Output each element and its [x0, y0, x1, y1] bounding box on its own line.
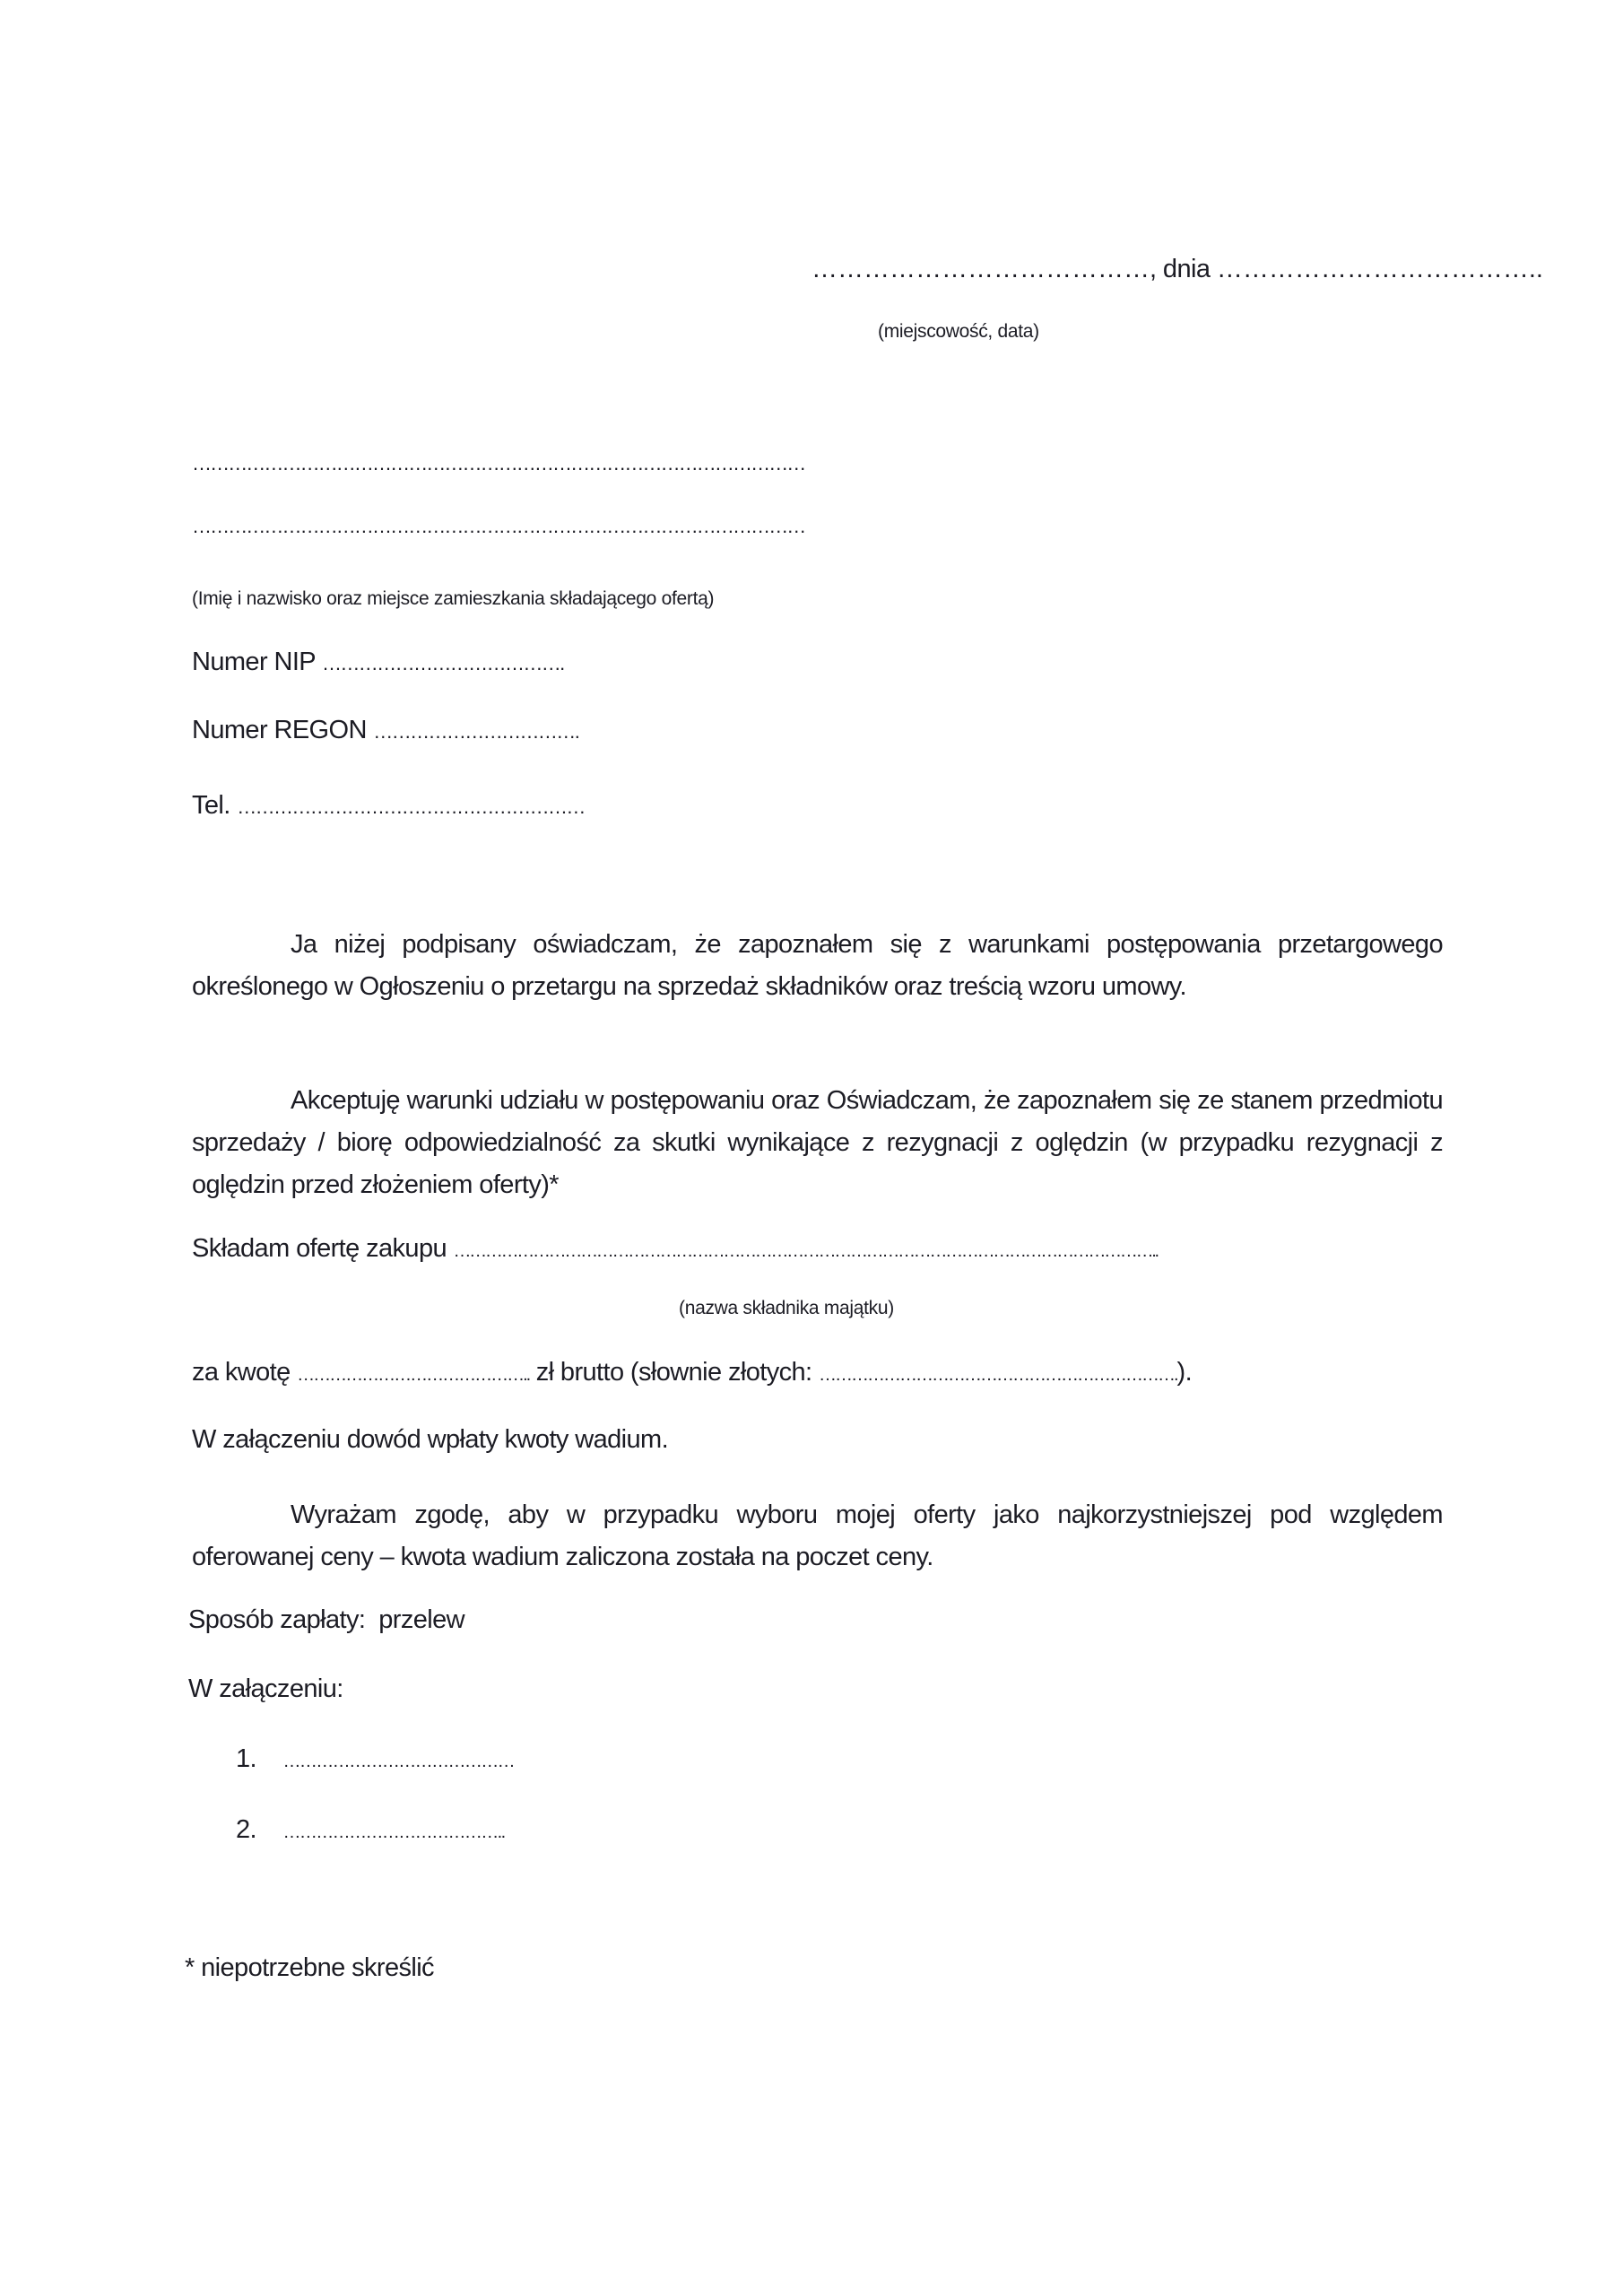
applicant-name-field-1[interactable]: …………………………………………………………………………………………	[192, 452, 804, 475]
attachment-field[interactable]: ……………………………………	[282, 1752, 514, 1771]
attachment-field[interactable]: …………………………………..	[282, 1822, 504, 1842]
applicant-name-caption: (Imię i nazwisko oraz miejsce zamieszkan…	[192, 588, 714, 610]
attachment-item: 2. …………………………………..	[236, 1815, 505, 1845]
nip-label: Numer NIP	[192, 648, 316, 676]
offer-row: Składam ofertę zakupu …………………………………………………	[192, 1234, 1158, 1264]
consent-text: Wyrażam zgodę, aby w przypadku wyboru mo…	[192, 1500, 1443, 1571]
amount-row: za kwotę …………………………………….. zł brutto (sło…	[192, 1358, 1192, 1387]
acceptance-text: Akceptuję warunki udziału w postępowaniu…	[192, 1086, 1443, 1199]
place-date-line: …………………………………, dnia ………………………………..	[811, 255, 1543, 284]
amount-close: ).	[1177, 1358, 1193, 1387]
deposit-note: W załączeniu dowód wpłaty kwoty wadium.	[192, 1425, 668, 1455]
amount-currency-label: zł brutto (słownie złotych:	[536, 1358, 812, 1387]
acceptance-paragraph: Akceptuję warunki udziału w postępowaniu…	[192, 1080, 1443, 1206]
declaration-paragraph: Ja niżej podpisany oświadczam, że zapozn…	[192, 924, 1443, 1008]
dnia-label: , dnia	[1150, 255, 1210, 283]
regon-row: Numer REGON …………………………….	[192, 716, 578, 745]
declaration-text: Ja niżej podpisany oświadczam, że zapozn…	[192, 930, 1443, 1001]
payment-method: Sposób zapłaty: przelew	[188, 1605, 464, 1635]
nip-field[interactable]: ………………………………….	[322, 652, 564, 674]
amount-words-field[interactable]: ………………………………………………………….	[819, 1365, 1177, 1385]
regon-label: Numer REGON	[192, 716, 367, 744]
attachment-item: 1. ……………………………………	[236, 1744, 514, 1774]
offer-label: Składam ofertę zakupu	[192, 1234, 447, 1263]
attachment-number: 1.	[236, 1744, 256, 1773]
tel-field[interactable]: …………………………………………………	[237, 796, 585, 818]
place-date-caption: (miejscowość, data)	[878, 321, 1039, 343]
consent-paragraph: Wyrażam zgodę, aby w przypadku wyboru mo…	[192, 1494, 1443, 1578]
footnote: * niepotrzebne skreślić	[185, 1953, 434, 1983]
date-field[interactable]: ………………………………..	[1217, 255, 1543, 283]
offer-caption: (nazwa składnika majątku)	[679, 1298, 894, 1319]
amount-label: za kwotę	[192, 1358, 291, 1387]
amount-field[interactable]: ……………………………………..	[297, 1365, 529, 1385]
tel-row: Tel. …………………………………………………	[192, 791, 585, 821]
applicant-name-field-2[interactable]: …………………………………………………………………………………………	[192, 515, 804, 538]
place-field[interactable]: …………………………………	[811, 255, 1150, 283]
regon-field[interactable]: …………………………….	[373, 720, 578, 743]
attachment-number: 2.	[236, 1815, 256, 1844]
nip-row: Numer NIP ………………………………….	[192, 648, 564, 677]
offer-asset-field[interactable]: ……………………………………………………………………………………………………………	[453, 1241, 1157, 1261]
attachments-label: W załączeniu:	[188, 1674, 343, 1704]
tel-label: Tel.	[192, 791, 230, 820]
